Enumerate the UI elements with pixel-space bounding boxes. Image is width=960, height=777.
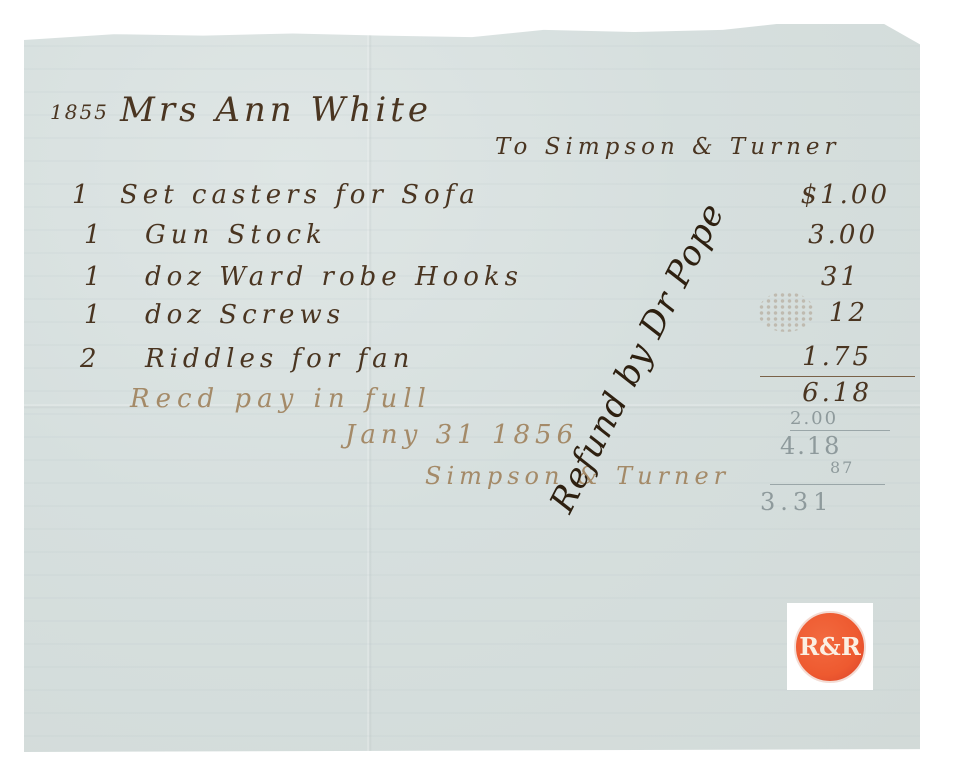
payee-line: To Simpson & Turner xyxy=(495,134,840,160)
pencil-result: 3.31 xyxy=(760,488,833,516)
customer-name: Mrs Ann White xyxy=(120,90,432,130)
pencil-line1: 2.00 xyxy=(790,408,838,429)
pencil-rule-2 xyxy=(770,484,885,485)
item-qty: 1 xyxy=(84,220,103,250)
total-amount: 6.18 xyxy=(712,378,872,408)
receipt-date: Jany 31 1856 xyxy=(345,420,578,450)
pencil-line3: 87 xyxy=(830,458,854,477)
item-amount: 3.00 xyxy=(718,220,878,250)
item-qty: 1 xyxy=(84,300,103,330)
item-qty: 1 xyxy=(72,180,91,210)
item-description: Riddles for fan xyxy=(145,344,414,374)
item-description: doz Screws xyxy=(145,300,345,330)
receipt-note: Recd pay in full xyxy=(130,384,432,414)
item-qty: 2 xyxy=(80,344,99,374)
item-amount: 31 xyxy=(700,262,860,292)
logo-circle-icon: R&R xyxy=(794,611,866,683)
item-description: Set casters for Sofa xyxy=(120,180,480,210)
logo-text: R&R xyxy=(799,632,861,661)
item-amount: $1.00 xyxy=(730,180,890,210)
item-qty: 1 xyxy=(84,262,103,292)
total-rule xyxy=(760,376,915,377)
pencil-rule-1 xyxy=(790,430,890,431)
document-year: 1855 xyxy=(50,100,109,124)
item-description: Gun Stock xyxy=(145,220,327,250)
item-amount: 1.75 xyxy=(712,342,872,372)
rr-logo: R&R xyxy=(787,603,873,690)
pencil-line2: 4.18 xyxy=(780,432,841,460)
ink-stain xyxy=(758,292,814,332)
item-description: doz Ward robe Hooks xyxy=(145,262,523,292)
